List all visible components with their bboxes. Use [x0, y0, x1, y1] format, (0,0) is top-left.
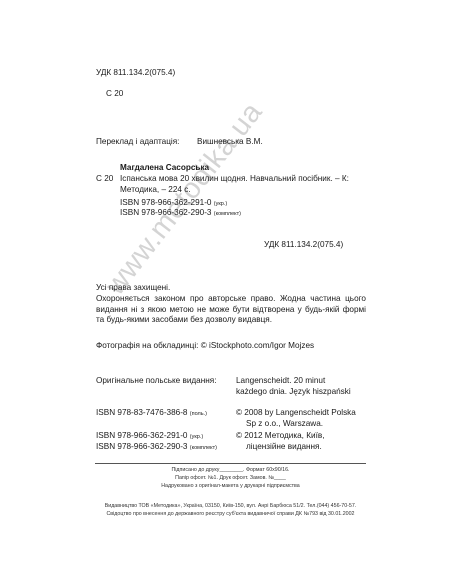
copyright-notice: Охороняється законом про авторське право… [96, 294, 366, 326]
isbn-note: (поль.) [190, 411, 207, 417]
translation-label: Переклад і адаптація: [96, 137, 179, 148]
original-edition-line1: Langenscheidt. 20 minut [236, 376, 325, 387]
copyright-ua-line2: ліцензійне видання. [246, 442, 322, 453]
isbn-ua: ISBN 978-966-362-291-0 (укр.) [96, 431, 203, 443]
isbn-number: ISBN 978-966-362-291-0 [96, 431, 188, 440]
isbn-number: ISBN 978-83-7476-386-8 [96, 408, 188, 417]
translation-value: Вишневська В.М. [197, 137, 263, 148]
footer-paper: Папір офсет. №1. Друк офсет. Замов. №___… [95, 475, 366, 483]
isbn-pl: ISBN 978-83-7476-386-8 (поль.) [96, 408, 207, 420]
copyright-ua-line1: © 2012 Методика, Київ, [236, 431, 324, 442]
udk-code-right: УДК 811.134.2(075.4) [264, 240, 343, 251]
footer-printed-at: Надруковано з оригінал-макета у друкарні… [95, 483, 366, 491]
udk-code-top: УДК 811.134.2(075.4) [96, 68, 175, 79]
isbn-number: ISBN 978-966-362-290-3 [120, 208, 212, 217]
isbn-note: (укр.) [190, 434, 203, 440]
isbn-set: ISBN 978-966-362-290-3 (комплект) [96, 442, 217, 454]
footer-registration: Свідоцтво про внесення до державного реє… [95, 511, 366, 519]
isbn-note: (укр.) [214, 201, 227, 207]
book-title-line1: Іспанська мова 20 хвилин щодня. Навчальн… [120, 174, 349, 185]
footer-print-signed: Підписано до друку________. Формат 60x90… [95, 467, 366, 475]
isbn-note: (комплект) [190, 445, 217, 451]
rights-reserved: Усі права захищені. [96, 283, 170, 294]
isbn-note: (комплект) [214, 211, 241, 217]
copyright-pl-line2: Sp z o.o., Warszawa. [246, 419, 323, 430]
copyright-pl-line1: © 2008 by Langenscheidt Polska [236, 408, 356, 419]
record-isbn-set: ISBN 978-966-362-290-3 (комплект) [120, 208, 241, 220]
author-name: Магдалена Сасорська [120, 163, 209, 174]
footer-publisher-address: Видавництво ТОВ «Методика», Україна, 031… [95, 503, 366, 511]
footer-divider [95, 463, 366, 464]
classifier-top: С 20 [106, 89, 123, 100]
original-edition-line2: każdego dnia. Język hiszpański [236, 387, 351, 398]
original-edition-label: Оригінальне польське видання: [96, 376, 217, 387]
photo-credit: Фотографія на обкладинці: © iStockphoto.… [96, 341, 314, 352]
isbn-number: ISBN 978-966-362-291-0 [120, 198, 212, 207]
isbn-number: ISBN 978-966-362-290-3 [96, 442, 188, 451]
record-classifier: С 20 [96, 174, 113, 185]
book-title-line2: Методика, – 224 с. [120, 185, 191, 196]
